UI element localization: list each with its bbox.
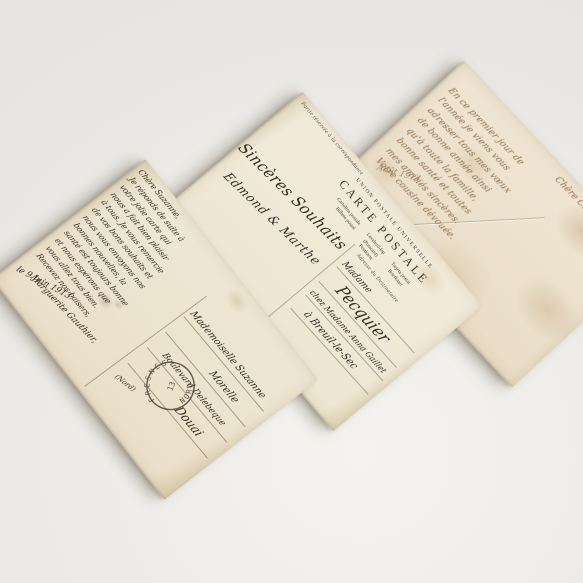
address-note: (Nord) <box>113 373 138 393</box>
svg-text:13: 13 <box>165 380 177 392</box>
photo-canvas: Chère Cousine En ce premier jour de l'an… <box>0 0 583 583</box>
